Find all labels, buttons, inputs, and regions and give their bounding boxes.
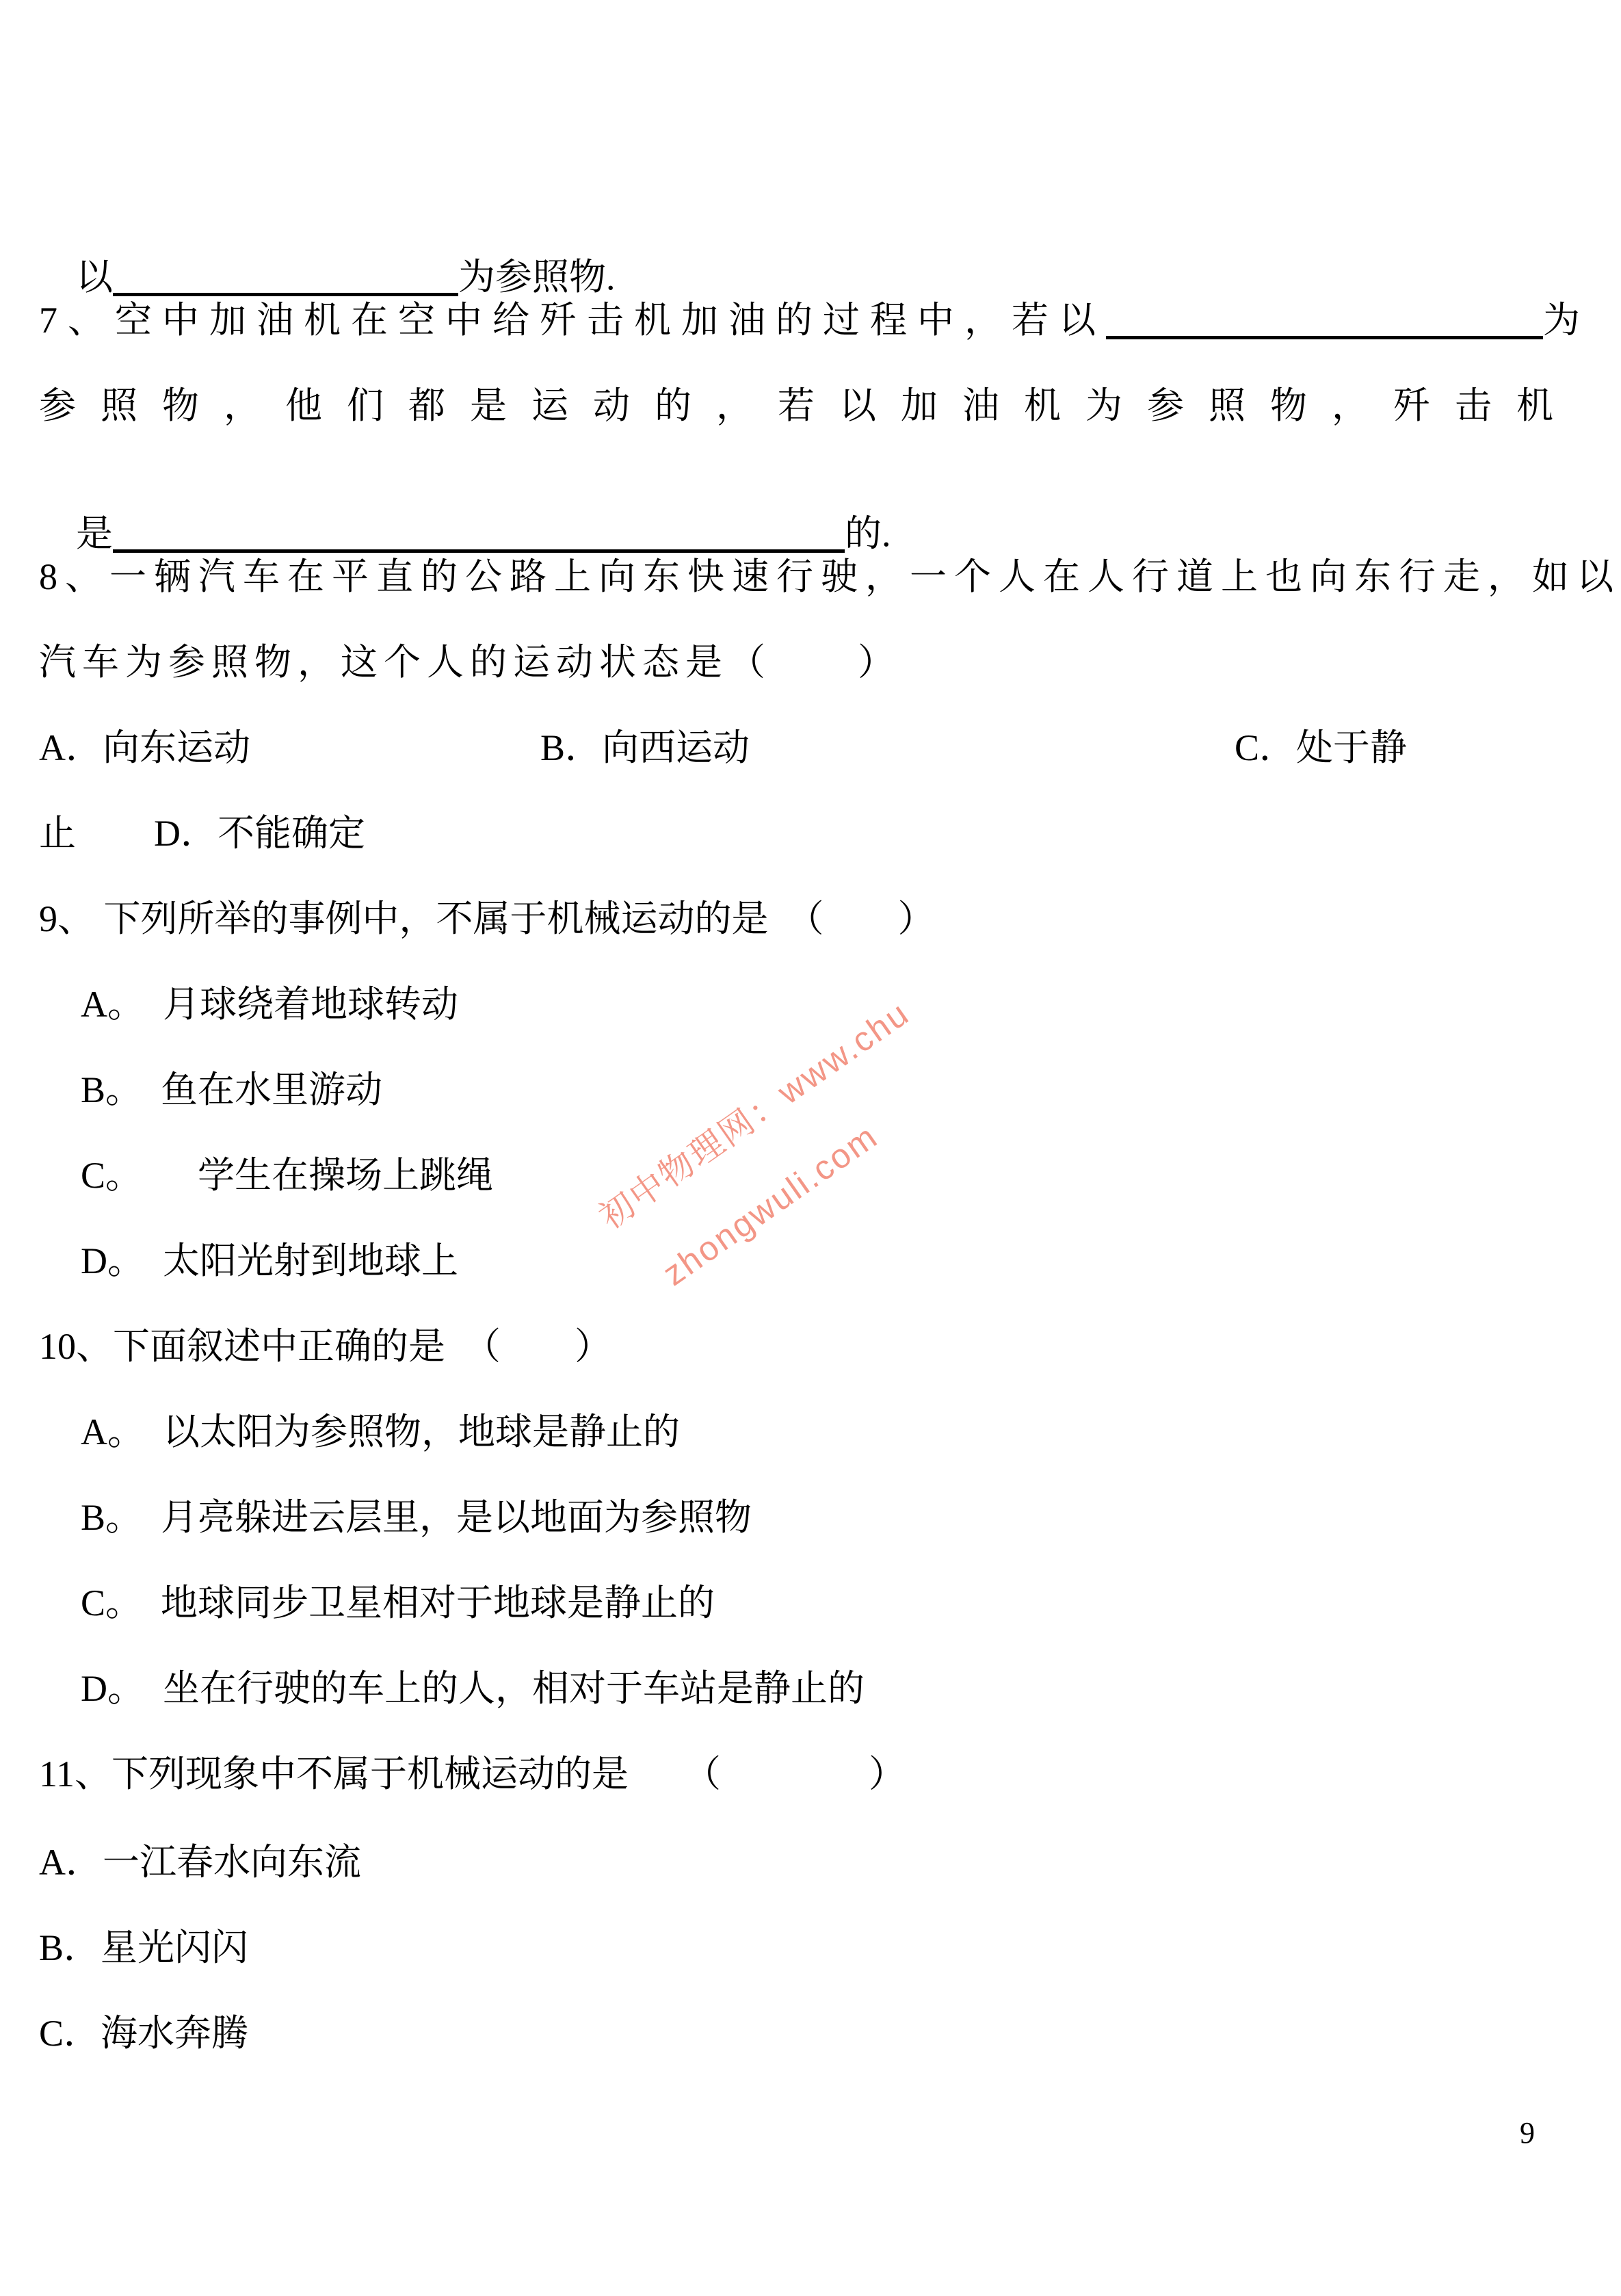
q11-stem: 11、下列现象中不属于机械运动的是 （ ）: [39, 1753, 906, 1795]
q7-stem-text: 7、空中加油机在空中给歼击机加油的过程中，若以: [39, 299, 1106, 341]
q6-tail-post: 为参照物.: [458, 257, 616, 298]
q7-line3-post: 的.: [845, 513, 891, 554]
q8-option-b: B．向西运动: [540, 727, 750, 769]
q9-option-a: A。 月球绕着地球转动: [81, 983, 458, 1026]
q8-options-row2: 止 D．不能确定: [39, 812, 1582, 855]
page-number: 9: [1520, 2115, 1535, 2150]
q10-option-a: A。 以太阳为参照物，地球是静止的: [81, 1411, 680, 1453]
q8-options-row1: A．向东运动 B．向西运动 C．处于静: [39, 727, 1582, 769]
q9-stem: 9、 下列所举的事例中，不属于机械运动的是 （ ）: [39, 898, 935, 940]
q7-stem-line2: 参照物，他们都是运动的，若以加油机为参照物，歼击机: [39, 384, 1578, 427]
q11-option-b: B．星光闪闪: [39, 1927, 248, 1969]
q8-stem-line2: 汽车为参照物，这个人的运动状态是（ ）: [39, 641, 901, 683]
q11-option-c: C．海水奔腾: [39, 2012, 248, 2054]
q8-option-d: D．不能确定: [154, 812, 365, 855]
q10-option-b: B。 月亮躲进云层里，是以地面为参照物: [81, 1496, 752, 1539]
q8-option-c-wrap: 止: [39, 812, 76, 855]
q8-option-c: C．处于静: [1235, 727, 1407, 769]
q7-line3-pre: 是: [76, 513, 113, 554]
q7-stem-tail: 为: [1543, 299, 1580, 341]
q7-blank-underline-2: [113, 519, 845, 553]
q10-option-d: D。 坐在行驶的车上的人，相对于车站是静止的: [81, 1667, 865, 1710]
physics-worksheet-page: 以为参照物. 7、空中加油机在空中给歼击机加油的过程中，若以为 参照物，他们都是…: [0, 0, 1621, 2296]
q11-option-a: A．一江春水向东流: [39, 1841, 361, 1883]
q7-stem-line1: 7、空中加油机在空中给歼击机加油的过程中，若以为: [39, 299, 1580, 341]
q10-stem: 10、下面叙述中正确的是 （ ）: [39, 1325, 611, 1368]
q9-option-d: D。 太阳光射到地球上: [81, 1240, 458, 1282]
q7-blank-underline-1: [1106, 306, 1543, 339]
q6-blank-underline: [113, 263, 458, 296]
q8-option-a: A．向东运动: [39, 727, 250, 769]
q9-option-c: C。 学生在操场上跳绳: [81, 1154, 493, 1197]
q9-option-b: B。 鱼在水里游动: [81, 1069, 382, 1111]
q10-option-c: C。 地球同步卫星相对于地球是静止的: [81, 1582, 715, 1624]
q8-stem-line1: 8、一辆汽车在平直的公路上向东快速行驶，一个人在人行道上也向东行走，如以: [39, 556, 1621, 598]
q6-tail-pre: 以: [76, 257, 113, 298]
